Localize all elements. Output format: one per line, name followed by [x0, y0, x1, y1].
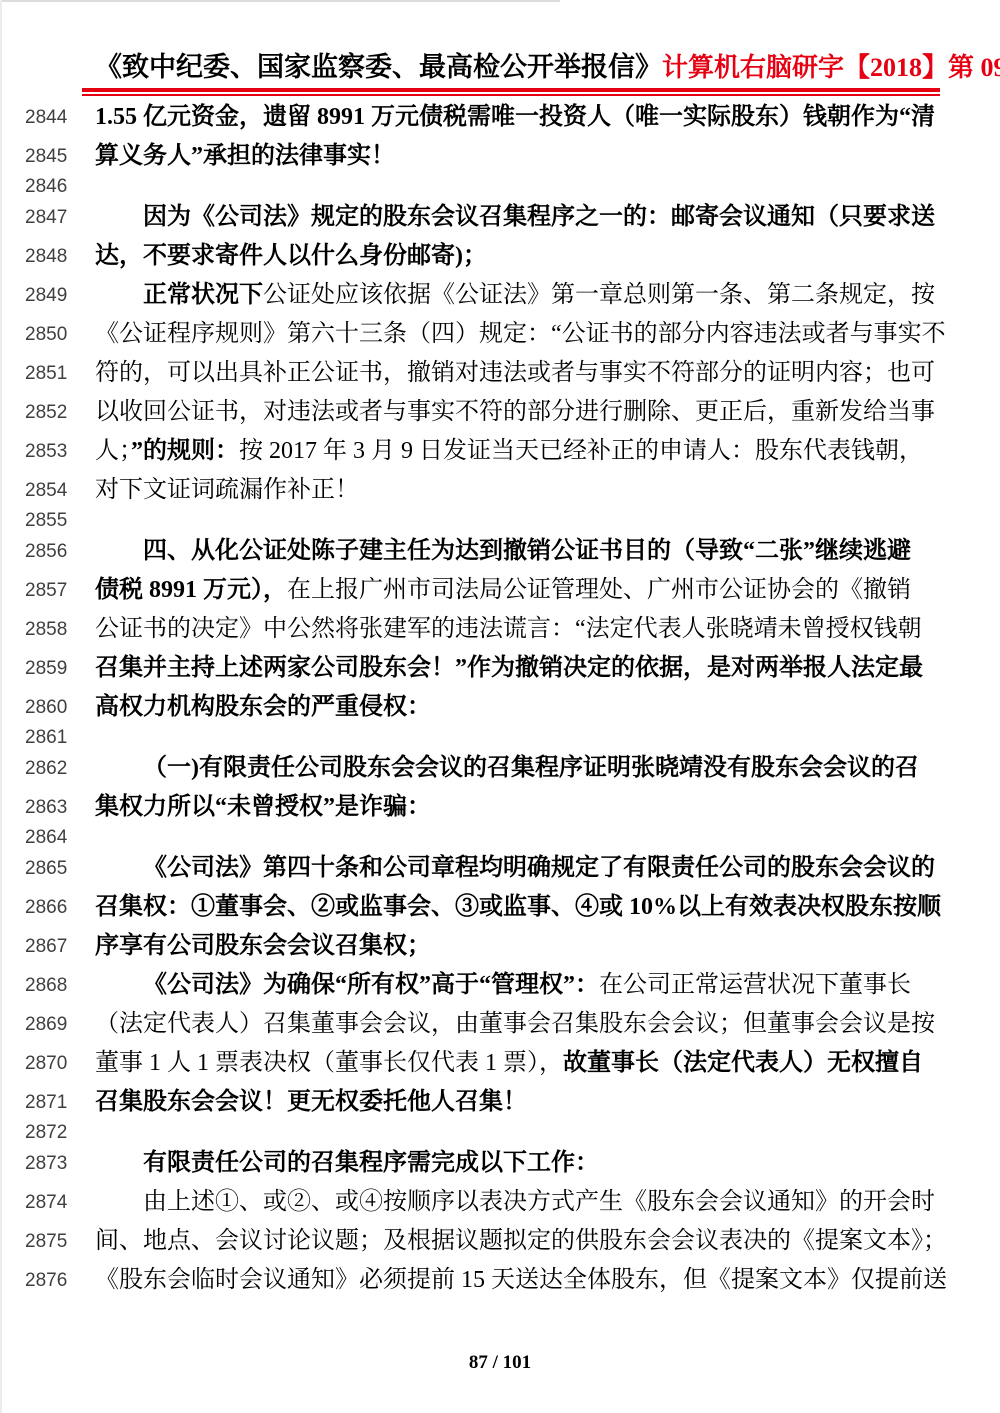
text-segment-bold: 故董事长（法定代表人）无权擅自: [563, 1050, 923, 1076]
text-segment: 人；: [95, 438, 131, 464]
line-text: 高权力机构股东会的严重侵权：: [95, 688, 940, 727]
line-number: 2860: [25, 688, 67, 727]
line-text: 公证书的决定》中公然将张建军的违法谎言：“法定代表人张晓靖未曾授权钱朝: [95, 610, 940, 649]
document-line: 2856 四、从化公证处陈子建主任为达到撤销公证书目的（导致“二张”继续逃避: [0, 532, 1000, 571]
text-segment-bold: ”的规则：: [131, 438, 239, 464]
line-number: 2866: [25, 888, 67, 927]
line-number: 2858: [25, 610, 67, 649]
document-line: 2855: [0, 510, 1000, 532]
line-number: 2872: [25, 1122, 67, 1144]
document-line: 2849 正常状况下公证处应该依据《公证法》第一章总则第一条、第二条规定，按: [0, 276, 1000, 315]
line-text: 《公司法》第四十条和公司章程均明确规定了有限责任公司的股东会会议的: [95, 849, 940, 888]
document-line: 2844 1.55 亿元资金，遗留 8991 万元债税需唯一投资人（唯一实际股东…: [0, 98, 1000, 137]
text-segment-bold: 召集权：①董事会、②或监事会、③或监事、④或 10%以上有效表决权股东按顺: [95, 894, 941, 920]
line-number: 2848: [25, 237, 67, 276]
line-number: 2849: [25, 276, 67, 315]
line-number: 2870: [25, 1044, 67, 1083]
text-segment-bold: （一)有限责任公司股东会会议的召集程序证明张晓靖没有股东会会议的召: [143, 755, 919, 781]
line-text: （法定代表人）召集董事会会议，由董事会召集股东会会议；但董事会会议是按: [95, 1005, 940, 1044]
scan-artifact-top-edge: [0, 0, 560, 2]
text-segment-bold: 《公司法》为确保“所有权”高于“管理权”：: [143, 972, 599, 998]
line-number: 2855: [25, 510, 67, 532]
text-segment-bold: 有限责任公司的召集程序需完成以下工作：: [143, 1150, 599, 1176]
line-text: 《股东会临时会议通知》必须提前 15 天送达全体股东，但《提案文本》仅提前送: [95, 1261, 940, 1300]
line-text: 算义务人”承担的法律事实！: [95, 137, 940, 176]
page-header: 《致中纪委、国家监察委、最高检公开举报信》 计算机右脑研字【2018】第 090…: [82, 50, 940, 96]
document-line: 2846: [0, 176, 1000, 198]
line-number: 2871: [25, 1083, 67, 1122]
page-number: 87 / 101: [469, 1352, 531, 1373]
text-segment-bold: 1.55 亿元资金，遗留 8991 万元债税需唯一投资人（唯一实际股东）钱朝作为…: [95, 104, 935, 130]
line-number: 2857: [25, 571, 67, 610]
document-line: 2868 《公司法》为确保“所有权”高于“管理权”：在公司正常运营状况下董事长: [0, 966, 1000, 1005]
header-row: 《致中纪委、国家监察委、最高检公开举报信》 计算机右脑研字【2018】第 090…: [82, 50, 940, 84]
document-line: 2874 由上述①、或②、或④按顺序以表决方式产生《股东会会议通知》的开会时: [0, 1183, 1000, 1222]
line-text: 召集股东会会议！更无权委托他人召集！: [95, 1083, 940, 1122]
line-number: 2874: [25, 1183, 67, 1222]
document-line: 2862 （一)有限责任公司股东会会议的召集程序证明张晓靖没有股东会会议的召: [0, 749, 1000, 788]
line-text: 召集权：①董事会、②或监事会、③或监事、④或 10%以上有效表决权股东按顺: [95, 888, 940, 927]
line-number: 2862: [25, 749, 67, 788]
document-line: 2869 （法定代表人）召集董事会会议，由董事会召集股东会会议；但董事会会议是按: [0, 1005, 1000, 1044]
document-line: 2861: [0, 727, 1000, 749]
document-line: 2872: [0, 1122, 1000, 1144]
line-number: 2844: [25, 98, 67, 137]
document-line: 2876 《股东会临时会议通知》必须提前 15 天送达全体股东，但《提案文本》仅…: [0, 1261, 1000, 1300]
line-number: 2847: [25, 198, 67, 237]
line-text: 债税 8991 万元），在上报广州市司法局公证管理处、广州市公证协会的《撤销: [95, 571, 940, 610]
text-segment: 间、地点、会议讨论议题；及根据议题拟定的供股东会会议表决的《提案文本》；: [95, 1228, 947, 1254]
line-text: 董事 1 人 1 票表决权（董事长仅代表 1 票），故董事长（法定代表人）无权擅…: [95, 1044, 940, 1083]
line-number: 2856: [25, 532, 67, 571]
document-line: 2866 召集权：①董事会、②或监事会、③或监事、④或 10%以上有效表决权股东…: [0, 888, 1000, 927]
line-text: 序享有公司股东会会议召集权；: [95, 927, 940, 966]
line-number: 2865: [25, 849, 67, 888]
line-number: 2875: [25, 1222, 67, 1261]
line-number: 2864: [25, 827, 67, 849]
document-line: 2875 间、地点、会议讨论议题；及根据议题拟定的供股东会会议表决的《提案文本》…: [0, 1222, 1000, 1261]
text-segment-bold: 因为《公司法》规定的股东会议召集程序之一的：邮寄会议通知（只要求送: [143, 204, 935, 230]
document-line: 2873 有限责任公司的召集程序需完成以下工作：: [0, 1144, 1000, 1183]
document-line: 2867 序享有公司股东会会议召集权；: [0, 927, 1000, 966]
text-segment: 公证处应该依据《公证法》第一章总则第一条、第二条规定，按: [263, 282, 935, 308]
text-segment-bold: 达，不要求寄件人以什么身份邮寄)；: [95, 243, 487, 269]
document-line: 2845 算义务人”承担的法律事实！: [0, 137, 1000, 176]
rule-thin-line: [82, 94, 940, 96]
line-text: 《公司法》为确保“所有权”高于“管理权”：在公司正常运营状况下董事长: [95, 966, 940, 1005]
line-text: 1.55 亿元资金，遗留 8991 万元债税需唯一投资人（唯一实际股东）钱朝作为…: [95, 98, 940, 137]
header-double-rule: [82, 88, 940, 96]
line-number: 2867: [25, 927, 67, 966]
line-number: 2861: [25, 727, 67, 749]
line-text: 人；”的规则：按 2017 年 3 月 9 日发证当天已经补正的申请人：股东代表…: [95, 432, 940, 471]
document-line: 2854 对下文证词疏漏作补正！: [0, 471, 1000, 510]
text-segment-bold: 召集股东会会议！更无权委托他人召集！: [95, 1089, 527, 1115]
line-number: 2859: [25, 649, 67, 688]
line-number: 2869: [25, 1005, 67, 1044]
line-text: 达，不要求寄件人以什么身份邮寄)；: [95, 237, 940, 276]
document-line: 2848 达，不要求寄件人以什么身份邮寄)；: [0, 237, 1000, 276]
line-text: 以收回公证书，对违法或者与事实不符的部分进行删除、更正后，重新发给当事: [95, 393, 940, 432]
line-text: 对下文证词疏漏作补正！: [95, 471, 940, 510]
line-number: 2863: [25, 788, 67, 827]
text-segment-bold: 算义务人”承担的法律事实！: [95, 143, 395, 169]
text-segment: （法定代表人）召集董事会会议，由董事会召集股东会会议；但董事会会议是按: [95, 1011, 935, 1037]
line-text: 集权力所以“未曾授权”是诈骗：: [95, 788, 940, 827]
document-line: 2860 高权力机构股东会的严重侵权：: [0, 688, 1000, 727]
text-segment: 由上述①、或②、或④按顺序以表决方式产生《股东会会议通知》的开会时: [143, 1189, 935, 1215]
line-text: 召集并主持上述两家公司股东会！”作为撤销决定的依据，是对两举报人法定最: [95, 649, 940, 688]
line-text: 由上述①、或②、或④按顺序以表决方式产生《股东会会议通知》的开会时: [95, 1183, 940, 1222]
line-text: 正常状况下公证处应该依据《公证法》第一章总则第一条、第二条规定，按: [95, 276, 940, 315]
text-segment-bold: 集权力所以“未曾授权”是诈骗：: [95, 794, 431, 820]
document-line: 2858 公证书的决定》中公然将张建军的违法谎言：“法定代表人张晓靖未曾授权钱朝: [0, 610, 1000, 649]
text-segment-bold: 高权力机构股东会的严重侵权：: [95, 694, 431, 720]
rule-thick-line: [82, 88, 940, 92]
text-segment: 以收回公证书，对违法或者与事实不符的部分进行删除、更正后，重新发给当事: [95, 399, 935, 425]
document-line: 2865 《公司法》第四十条和公司章程均明确规定了有限责任公司的股东会会议的: [0, 849, 1000, 888]
line-number: 2845: [25, 137, 67, 176]
line-number: 2852: [25, 393, 67, 432]
text-segment: 对下文证词疏漏作补正！: [95, 477, 359, 503]
text-segment-bold: 正常状况下: [143, 282, 263, 308]
document-line: 2870 董事 1 人 1 票表决权（董事长仅代表 1 票），故董事长（法定代表…: [0, 1044, 1000, 1083]
text-segment: 《公证程序规则》第六十三条（四）规定：“公证书的部分内容违法或者与事实不: [95, 321, 946, 347]
document-line: 2857 债税 8991 万元），在上报广州市司法局公证管理处、广州市公证协会的…: [0, 571, 1000, 610]
document-line: 2851 符的，可以出具补正公证书，撤销对违法或者与事实不符部分的证明内容；也可: [0, 354, 1000, 393]
document-page: 《致中纪委、国家监察委、最高检公开举报信》 计算机右脑研字【2018】第 090…: [0, 0, 1000, 1413]
line-number: 2876: [25, 1261, 67, 1300]
document-line: 2871 召集股东会会议！更无权委托他人召集！: [0, 1083, 1000, 1122]
document-reference-number: 计算机右脑研字【2018】第 0904 号: [662, 47, 1000, 84]
text-segment: 董事 1 人 1 票表决权（董事长仅代表 1 票），: [95, 1050, 563, 1076]
text-segment: 在上报广州市司法局公证管理处、广州市公证协会的《撤销: [287, 577, 911, 603]
line-number: 2846: [25, 176, 67, 198]
document-line: 2852 以收回公证书，对违法或者与事实不符的部分进行删除、更正后，重新发给当事: [0, 393, 1000, 432]
text-segment: 符的，可以出具补正公证书，撤销对违法或者与事实不符部分的证明内容；也可: [95, 360, 935, 386]
document-line: 2847 因为《公司法》规定的股东会议召集程序之一的：邮寄会议通知（只要求送: [0, 198, 1000, 237]
line-text: 符的，可以出具补正公证书，撤销对违法或者与事实不符部分的证明内容；也可: [95, 354, 940, 393]
line-number: 2851: [25, 354, 67, 393]
text-segment: 在公司正常运营状况下董事长: [599, 972, 911, 998]
text-segment-bold: 召集并主持上述两家公司股东会！”作为撤销决定的依据，是对两举报人法定最: [95, 655, 923, 681]
line-number: 2868: [25, 966, 67, 1005]
document-line: 2859 召集并主持上述两家公司股东会！”作为撤销决定的依据，是对两举报人法定最: [0, 649, 1000, 688]
line-number: 2850: [25, 315, 67, 354]
document-line: 2853 人；”的规则：按 2017 年 3 月 9 日发证当天已经补正的申请人…: [0, 432, 1000, 471]
line-text: （一)有限责任公司股东会会议的召集程序证明张晓靖没有股东会会议的召: [95, 749, 940, 788]
line-text: 因为《公司法》规定的股东会议召集程序之一的：邮寄会议通知（只要求送: [95, 198, 940, 237]
line-number: 2853: [25, 432, 67, 471]
line-text: 四、从化公证处陈子建主任为达到撤销公证书目的（导致“二张”继续逃避: [95, 532, 940, 571]
document-line: 2850 《公证程序规则》第六十三条（四）规定：“公证书的部分内容违法或者与事实…: [0, 315, 1000, 354]
text-segment: 按 2017 年 3 月 9 日发证当天已经补正的申请人：股东代表钱朝，: [239, 438, 923, 464]
line-number: 2873: [25, 1144, 67, 1183]
text-segment-bold: 债税 8991 万元），: [95, 577, 287, 603]
line-text: 间、地点、会议讨论议题；及根据议题拟定的供股东会会议表决的《提案文本》；: [95, 1222, 940, 1261]
text-segment-bold: 《公司法》第四十条和公司章程均明确规定了有限责任公司的股东会会议的: [143, 855, 935, 881]
line-text: 有限责任公司的召集程序需完成以下工作：: [95, 1144, 940, 1183]
document-body: 2844 1.55 亿元资金，遗留 8991 万元债税需唯一投资人（唯一实际股东…: [0, 98, 1000, 1300]
document-line: 2864: [0, 827, 1000, 849]
text-segment: 《股东会临时会议通知》必须提前 15 天送达全体股东，但《提案文本》仅提前送: [95, 1267, 947, 1293]
line-text: 《公证程序规则》第六十三条（四）规定：“公证书的部分内容违法或者与事实不: [95, 315, 940, 354]
text-segment: 公证书的决定》中公然将张建军的违法谎言：“法定代表人张晓靖未曾授权钱朝: [95, 616, 922, 642]
text-segment-bold: 序享有公司股东会会议召集权；: [95, 933, 431, 959]
page-footer: 87 / 101: [0, 1352, 1000, 1374]
document-line: 2863 集权力所以“未曾授权”是诈骗：: [0, 788, 1000, 827]
text-segment-bold: 四、从化公证处陈子建主任为达到撤销公证书目的（导致“二张”继续逃避: [143, 538, 911, 564]
report-letter-title: 《致中纪委、国家监察委、最高检公开举报信》: [95, 45, 662, 84]
line-number: 2854: [25, 471, 67, 510]
